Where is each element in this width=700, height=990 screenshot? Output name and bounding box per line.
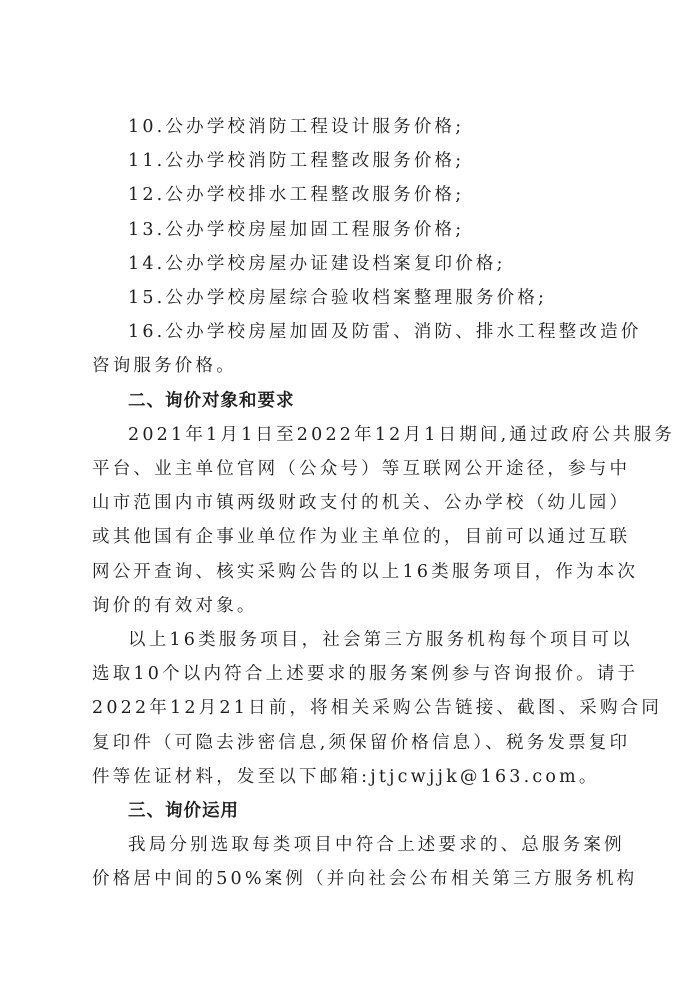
paragraph-line: 询价的有效对象。 [92,589,604,623]
paragraph-line-email: 件等佐证材料，发至以下邮箱:jtjcwjjk@163.com。 [92,760,604,794]
paragraph-line: 以上16类服务项目，社会第三方服务机构每个项目可以 [92,623,604,657]
document-page: 10.公办学校消防工程设计服务价格; 11.公办学校消防工程整改服务价格; 12… [0,0,700,990]
section-heading-inquiry-scope: 二、询价对象和要求 [92,384,604,418]
list-item-13: 13.公办学校房屋加固工程服务价格; [92,213,604,247]
document-body: 10.公办学校消防工程设计服务价格; 11.公办学校消防工程整改服务价格; 12… [92,110,604,897]
paragraph-line: 2021年1月1日至2022年12月1日期间,通过政府公共服务 [92,418,604,452]
section2-paragraph-1: 2021年1月1日至2022年12月1日期间,通过政府公共服务 平台、业主单位官… [92,418,604,623]
service-list: 10.公办学校消防工程设计服务价格; 11.公办学校消防工程整改服务价格; 12… [92,110,604,384]
list-item-12: 12.公办学校排水工程整改服务价格; [92,178,604,212]
list-item-14: 14.公办学校房屋办证建设档案复印价格; [92,247,604,281]
paragraph-line: 山市范围内市镇两级财政支付的机关、公办学校（幼儿园） [92,486,604,520]
list-item-10: 10.公办学校消防工程设计服务价格; [92,110,604,144]
section-heading-inquiry-use: 三、询价运用 [92,794,604,828]
list-item-16-line2: 咨询服务价格。 [92,349,604,383]
paragraph-line: 价格居中间的50%案例（并向社会公布相关第三方服务机构 [92,862,604,896]
section2-paragraph-2: 以上16类服务项目，社会第三方服务机构每个项目可以 选取10个以内符合上述要求的… [92,623,604,794]
paragraph-line: 平台、业主单位官网（公众号）等互联网公开途径，参与中 [92,452,604,486]
paragraph-line: 复印件（可隐去涉密信息,须保留价格信息）、税务发票复印 [92,726,604,760]
paragraph-line: 我局分别选取每类项目中符合上述要求的、总服务案例 [92,828,604,862]
section3-paragraph-1: 我局分别选取每类项目中符合上述要求的、总服务案例 价格居中间的50%案例（并向社… [92,828,604,896]
paragraph-line: 或其他国有企事业单位作为业主单位的，目前可以通过互联 [92,520,604,554]
paragraph-line: 网公开查询、核实采购公告的以上16类服务项目，作为本次 [92,555,604,589]
list-item-15: 15.公办学校房屋综合验收档案整理服务价格; [92,281,604,315]
paragraph-line: 选取10个以内符合上述要求的服务案例参与咨询报价。请于 [92,657,604,691]
list-item-16-line1: 16.公办学校房屋加固及防雷、消防、排水工程整改造价 [92,315,604,349]
list-item-11: 11.公办学校消防工程整改服务价格; [92,144,604,178]
paragraph-line: 2022年12月21日前，将相关采购公告链接、截图、采购合同 [92,691,604,725]
